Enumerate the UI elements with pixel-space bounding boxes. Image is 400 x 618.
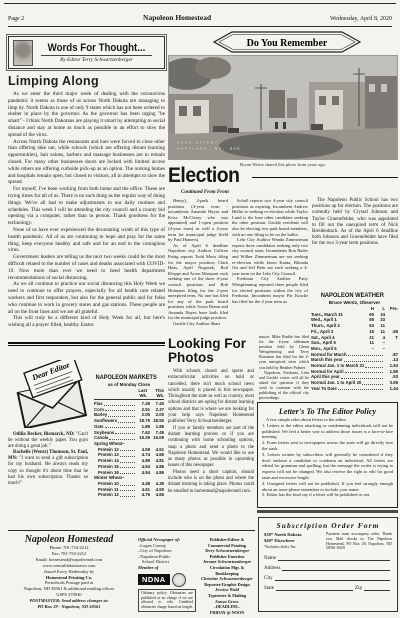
subscription-form-title: Subscription Order Form bbox=[264, 521, 392, 530]
member-of-label: Member of bbox=[138, 565, 196, 571]
form-field-name: Name bbox=[264, 551, 392, 561]
election-headline-row: Election bbox=[168, 164, 398, 188]
article-paragraph: Lehr City Auditor Wanda Zimmerman report… bbox=[232, 237, 308, 276]
election-kicker: Continued From Front bbox=[181, 190, 229, 195]
member-seal-icon bbox=[172, 573, 186, 587]
reader-letter: Rochelle (Wentz) Thomson, St. Paul, MN: … bbox=[8, 450, 88, 487]
address-input-line[interactable] bbox=[282, 564, 390, 571]
letters-policy-item: 2. Form letters sent to newspapers acros… bbox=[262, 440, 393, 452]
credit-name: Christine Schwartzenberger bbox=[199, 576, 255, 582]
article-paragraph: With schools closed and sports and extra… bbox=[168, 369, 254, 426]
election-headline-rule bbox=[252, 177, 398, 188]
words-for-thought-title: Words For Thought... bbox=[41, 42, 153, 54]
price-note: *Includes Sales Tax bbox=[264, 544, 322, 550]
masthead: Napoleon Homestead Phone: 701-754-2212 F… bbox=[8, 534, 130, 610]
column-divider-rule bbox=[8, 342, 165, 346]
letters-policy-item: 3. Letters written by subscribers will g… bbox=[262, 452, 393, 481]
issue-date: Wednesday, April 8, 2020 bbox=[330, 16, 392, 22]
subscription-payment-note: Payment must accompany order. Thank you.… bbox=[326, 532, 392, 551]
election-column-1: Henry), 2-park board positions (4-year t… bbox=[168, 198, 228, 327]
article-paragraph: Across North Dakota the restaurants and … bbox=[8, 139, 165, 187]
limping-along-article: As we enter the third major week of deal… bbox=[8, 91, 165, 329]
limping-along-headline: Limping Along bbox=[8, 74, 99, 88]
article-paragraph: Scholl reports two 4-year city council p… bbox=[232, 198, 308, 237]
city-label: City bbox=[264, 576, 273, 581]
credit-role: Circulation Mgr. & Bookkeeping bbox=[199, 565, 255, 576]
article-paragraph: As of April 6 deadline Napoleon city Aud… bbox=[168, 243, 228, 321]
newspaper-page: Page 2 Napoleon Homestead Wednesday, Apr… bbox=[0, 0, 400, 618]
markets-column-headers: Last Wk. This Wk. bbox=[94, 388, 164, 400]
market-row: Protein 124.764.65 bbox=[94, 492, 164, 498]
reader-letter-author: Odilia Becker, Bismarck, ND: bbox=[13, 432, 75, 437]
section-divider-bar bbox=[257, 510, 398, 513]
letters-policy-item: 5. Editor has the final say if a letter … bbox=[262, 492, 393, 498]
election-column-2: Scholl reports two 4-year city council p… bbox=[232, 198, 308, 304]
election-column-2-continued: mayor. Mike Burkle has filed for the 4-y… bbox=[259, 334, 309, 400]
markets-col-last: Last Wk. bbox=[130, 388, 147, 398]
article-paragraph: None of us have ever experienced the dev… bbox=[8, 227, 165, 254]
form-field-state-zip: StateZip bbox=[264, 581, 392, 591]
publisher-credits: Publisher/Editor & Commercial Printing T… bbox=[199, 537, 255, 615]
weather-observer: Bruce Wentz, Observer bbox=[311, 300, 398, 305]
official-newspaper-block: Official Newspaper of: –Logan County –Ci… bbox=[138, 537, 196, 612]
article-paragraph: This will truly be a different kind of H… bbox=[8, 315, 165, 329]
article-paragraph: Government leaders are telling us the ne… bbox=[8, 254, 165, 281]
markets-subtitle: as of Monday Close bbox=[94, 382, 164, 387]
article-paragraph: Henry), 2-park board positions (4-year t… bbox=[168, 198, 228, 243]
do-you-remember-banner: Do You Remember bbox=[212, 31, 362, 53]
masthead-paper-name: Napoleon Homestead bbox=[8, 534, 130, 545]
paper-title: Napoleon Homestead bbox=[24, 13, 330, 22]
zip-input-line[interactable] bbox=[364, 584, 390, 591]
article-paragraph: For myself, I've been working from both … bbox=[8, 186, 165, 227]
election-headline: Election bbox=[168, 164, 239, 188]
top-rule bbox=[4, 3, 396, 4]
ndna-logo: NDNA bbox=[138, 574, 170, 585]
headline-line1: Looking For bbox=[168, 337, 246, 351]
obituary-policy-note: Obituary policy: Obituaries are publishe… bbox=[138, 589, 196, 613]
deadline-time: FRIDAY @ NOON bbox=[199, 610, 255, 616]
weather-summary-row: Year To Date1.44 bbox=[311, 386, 398, 392]
words-for-thought-box: Words For Thought... By Editor Terry Sch… bbox=[8, 36, 165, 69]
photo-overlay-line2: NAPOLEON, NO. DAK. bbox=[177, 147, 245, 152]
form-field-address: Address bbox=[264, 561, 392, 571]
do-you-remember-title: Do You Remember bbox=[247, 38, 328, 49]
name-input-line[interactable] bbox=[278, 554, 390, 561]
reader-letter: Odilia Becker, Bismarck, ND: "Can't be w… bbox=[8, 432, 88, 450]
headline-line2: Photos bbox=[168, 351, 246, 365]
reader-letters: Odilia Becker, Bismarck, ND: "Can't be w… bbox=[8, 432, 88, 487]
election-column-3: The Napoleon Public School has two posit… bbox=[312, 198, 398, 248]
name-label: Name bbox=[264, 556, 276, 561]
napoleon-weather-table: NAPOLEON WEATHER Bruce Wentz, Observer H… bbox=[311, 292, 398, 392]
photo-overlay-text: MAIN STREET NAPOLEON, NO. DAK. bbox=[177, 141, 245, 152]
header-rule bbox=[8, 26, 392, 27]
markets-title: NAPOLEON MARKETS bbox=[94, 374, 158, 381]
subscription-prices: $38* North Dakota $40* Elsewhere *Includ… bbox=[264, 532, 322, 551]
reader-letter-quote: "I want to send a gift subscription for … bbox=[8, 456, 88, 485]
article-paragraph: mayor. Mike Burkle has filed for the 4-y… bbox=[259, 334, 309, 370]
article-paragraph: If you or family members are part of the… bbox=[168, 426, 254, 470]
subscription-order-form: Subscription Order Form $38* North Dakot… bbox=[258, 517, 398, 612]
words-for-thought-byline: By Editor Terry Schwartzenberger bbox=[41, 55, 152, 63]
looking-for-photos-headline: Looking For Photos bbox=[168, 337, 246, 365]
page-header: Page 2 Napoleon Homestead Wednesday, Apr… bbox=[8, 13, 392, 22]
dear-editor-envelope-graphic: Dear Editor bbox=[12, 360, 92, 428]
markets-col-this: This Wk. bbox=[147, 388, 164, 398]
article-paragraph: As we enter the third major week of deal… bbox=[8, 91, 165, 139]
napoleon-markets-table: NAPOLEON MARKETS as of Monday Close Last… bbox=[94, 374, 164, 498]
page-number: Page 2 bbox=[8, 16, 24, 22]
letters-policy-item: 4. Unsigned letters will not be publishe… bbox=[262, 481, 393, 493]
weather-title: NAPOLEON WEATHER bbox=[311, 292, 394, 299]
letters-policy-title: Letter's To The Editor Policy bbox=[265, 406, 389, 416]
form-field-city: City bbox=[264, 571, 392, 581]
masthead-top-rule bbox=[8, 530, 255, 531]
letters-policy-box: Letter's To The Editor Policy A few simp… bbox=[257, 402, 398, 508]
article-paragraph: Photos need a short caption, should incl… bbox=[168, 470, 254, 495]
editor-portrait-photo bbox=[13, 40, 33, 66]
city-input-line[interactable] bbox=[275, 574, 390, 581]
state-input-line[interactable] bbox=[276, 584, 353, 591]
letters-policy-item: 1. Letters to the editor attacking or co… bbox=[262, 423, 393, 440]
article-paragraph: Fredonia City Auditor Patty Weispfenning… bbox=[232, 276, 308, 304]
article-paragraph: Napoleon, Fredonia, Lehr and Gackle vote… bbox=[259, 370, 309, 401]
article-paragraph: As we all continue to practice our socia… bbox=[8, 281, 165, 315]
article-paragraph: Gackle City Auditor Shari bbox=[168, 321, 228, 327]
letters-policy-body: A few simple rules about letters to the … bbox=[262, 417, 393, 498]
looking-for-photos-article: With schools closed and sports and extra… bbox=[168, 369, 254, 495]
state-label: State bbox=[264, 586, 274, 591]
address-label: Address bbox=[264, 566, 280, 571]
article-paragraph: The Napoleon Public School has two posit… bbox=[312, 198, 398, 248]
zip-label: Zip bbox=[355, 586, 362, 591]
credit-name: Terry Schwartzenberger bbox=[199, 548, 255, 554]
main-street-photo: MAIN STREET NAPOLEON, NO. DAK. bbox=[168, 55, 398, 160]
masthead-postmaster-line2: PO Box 29 - Napoleon, ND 58561 bbox=[8, 604, 130, 610]
